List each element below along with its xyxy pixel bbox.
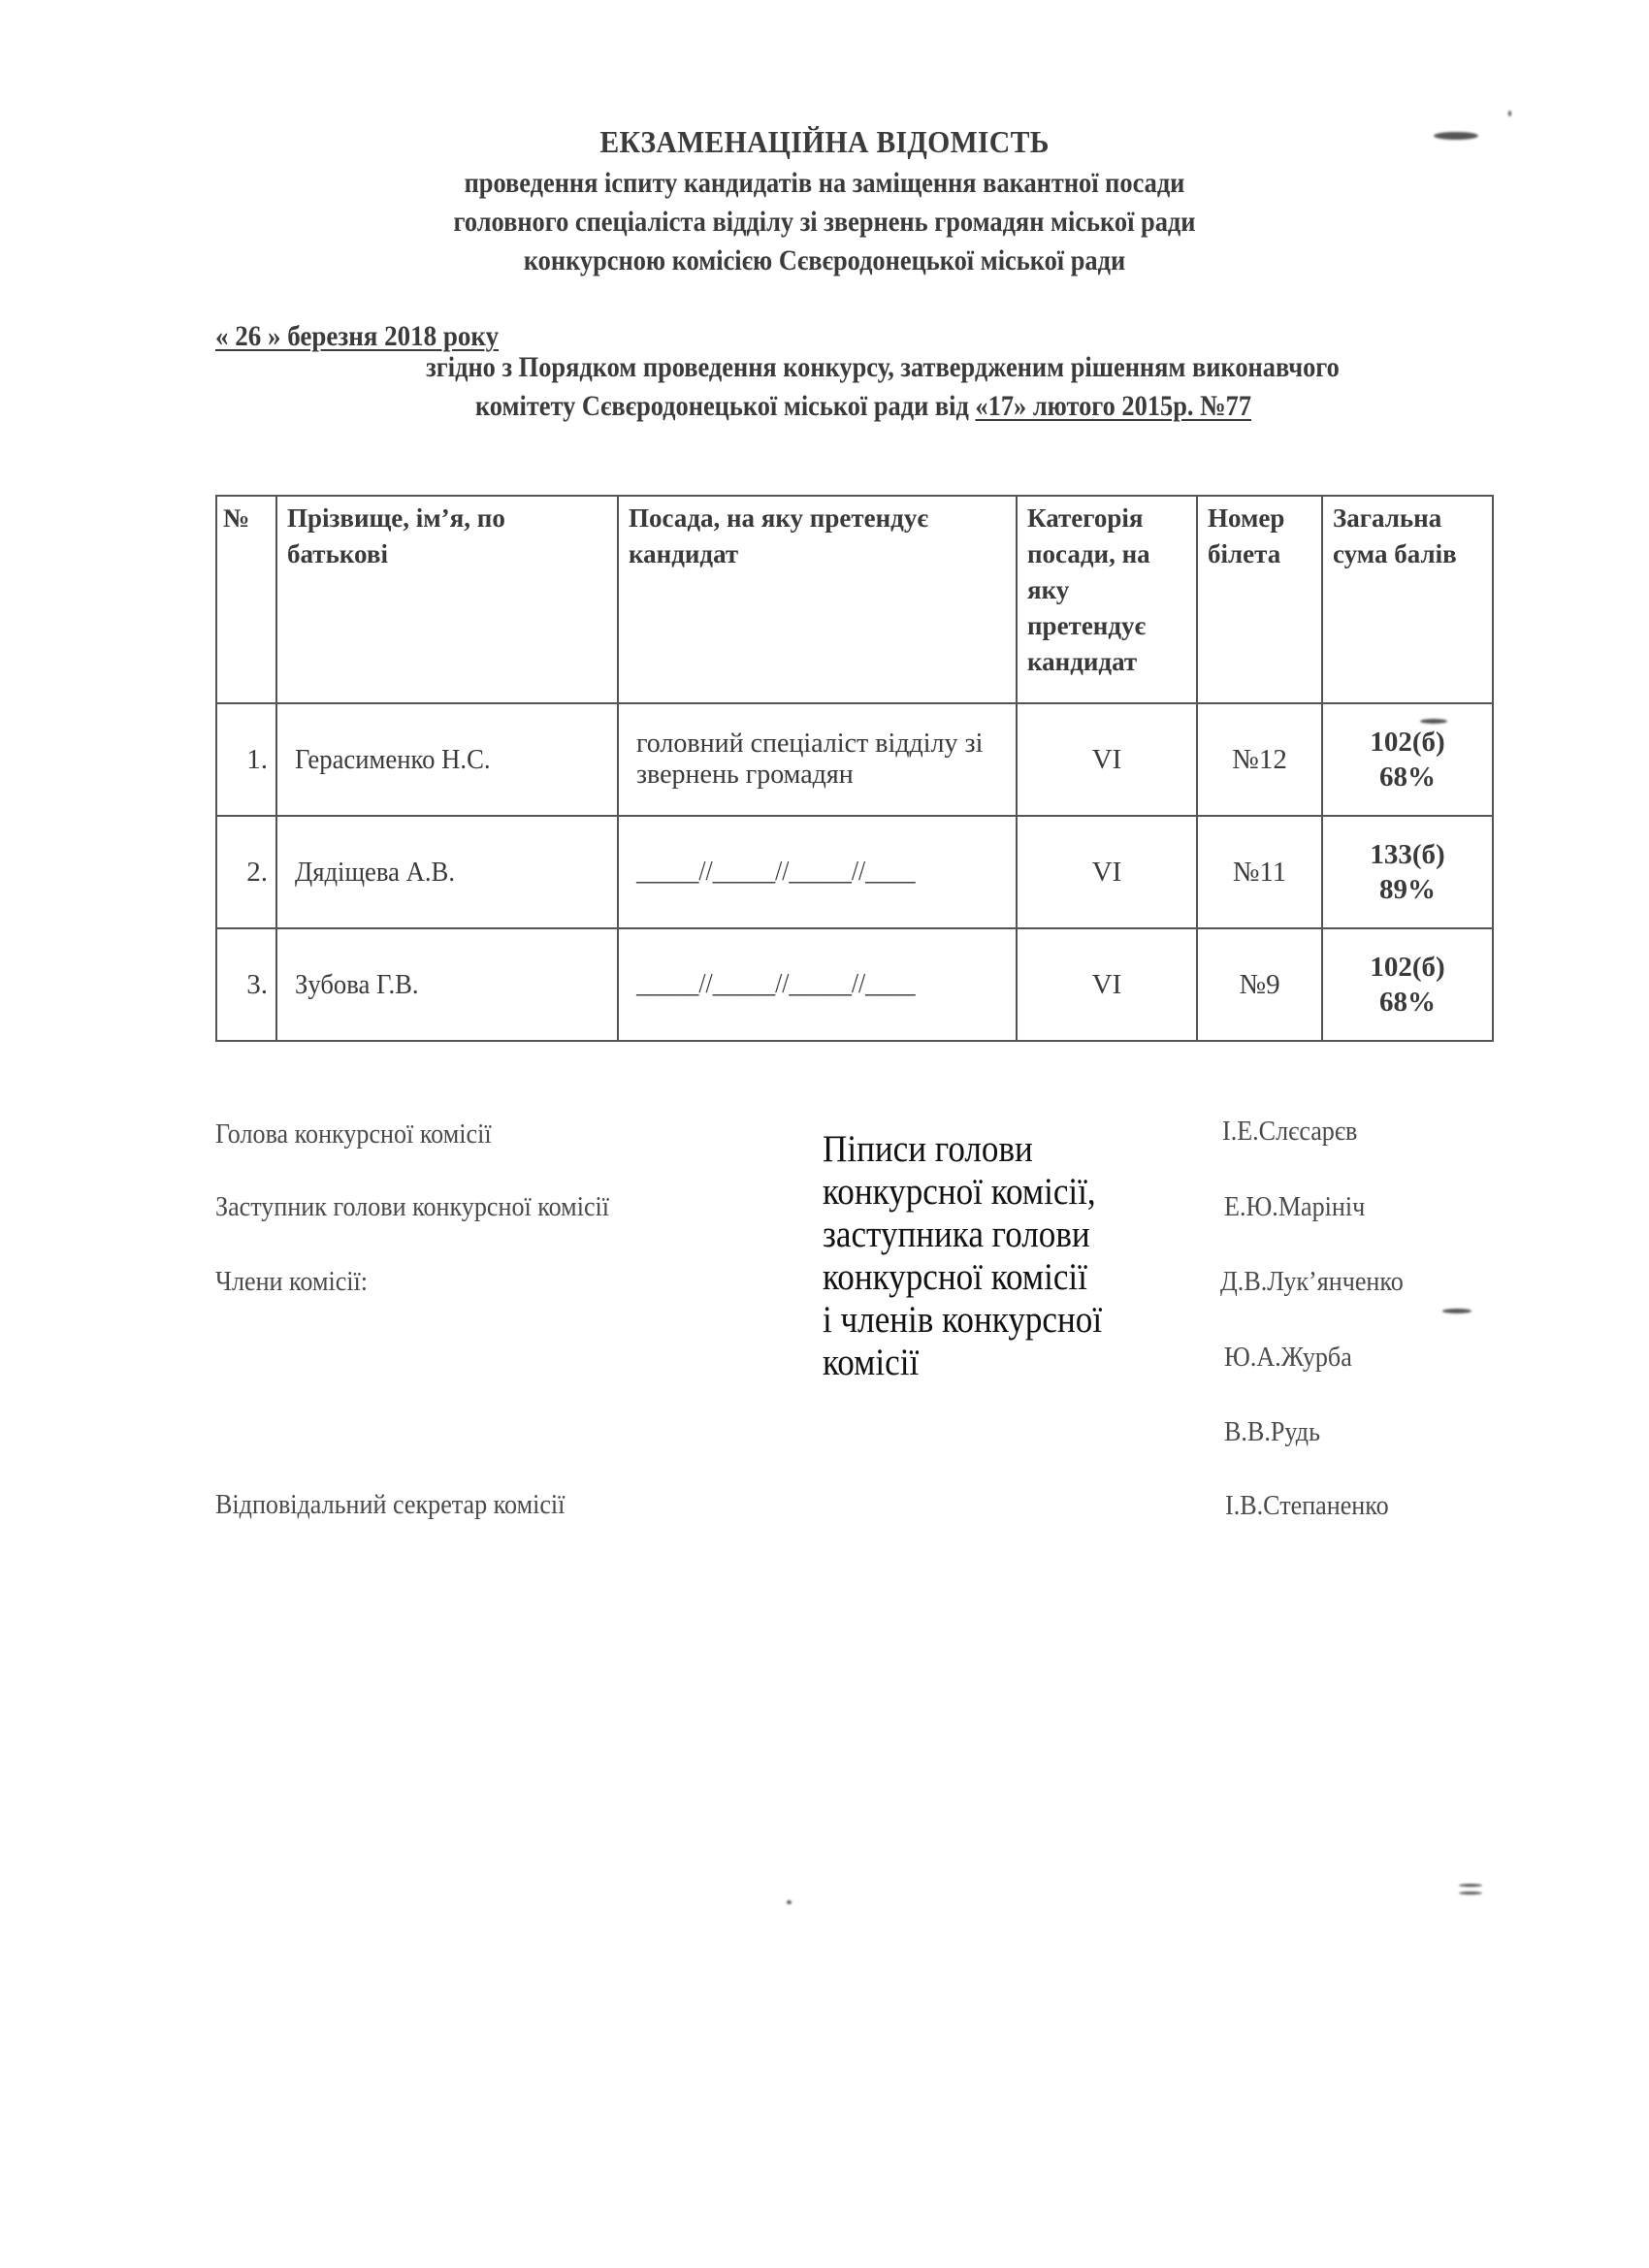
signatory-name-member: Ю.А.Журба xyxy=(1224,1342,1352,1374)
row-number: 3. xyxy=(216,928,276,1041)
table-row: 2. Дядіщева А.В. _____//_____//_____//__… xyxy=(216,816,1493,928)
score-percent: 68% xyxy=(1323,985,1492,1020)
label-commission-head: Голова конкурсної комісії xyxy=(215,1118,492,1150)
candidate-position: головний спеціаліст відділу зі звернень … xyxy=(618,703,1017,816)
basis-prefix: комітету Сєвєродонецької міської ради ві… xyxy=(475,390,975,422)
score-percent: 89% xyxy=(1323,872,1492,907)
table-row: 1. Герасименко Н.С. головний спеціаліст … xyxy=(216,703,1493,816)
table-row: 3. Зубова Г.В. _____//_____//_____//____… xyxy=(216,928,1493,1041)
header-category: Категорія посади, на яку претендує канди… xyxy=(1017,496,1197,703)
header-position: Посада, на яку претендує кандидат xyxy=(618,496,1017,703)
scan-artifact-mark xyxy=(787,1900,792,1904)
signatory-name-member: В.В.Рудь xyxy=(1224,1416,1320,1448)
candidate-name: Зубова Г.В. xyxy=(276,928,618,1041)
scan-artifact-mark xyxy=(1459,1892,1482,1895)
score-points: 102(б) xyxy=(1323,725,1492,760)
label-members: Члени комісії: xyxy=(215,1266,368,1298)
signatory-name-member: Д.В.Лук’янченко xyxy=(1220,1266,1404,1298)
header-number: № xyxy=(216,496,276,703)
score-percent: 68% xyxy=(1323,760,1492,794)
signatory-name-head: І.Е.Слєсарєв xyxy=(1222,1116,1357,1148)
total-score: 133(б) 89% xyxy=(1322,816,1493,928)
document-title: ЕКЗАМЕНАЦІЙНА ВІДОМІСТЬ xyxy=(58,124,1592,160)
scan-artifact-mark xyxy=(1434,132,1478,140)
scan-artifact-mark xyxy=(1459,1884,1482,1887)
position-category: VI xyxy=(1017,928,1197,1041)
candidate-position: _____//_____//_____//____ xyxy=(618,928,1017,1041)
total-score: 102(б) 68% xyxy=(1322,703,1493,816)
basis-line-2: комітету Сєвєродонецької міської ради ві… xyxy=(138,390,1589,423)
position-category: VI xyxy=(1017,703,1197,816)
basis-line-1: згідно з Порядком проведення конкурсу, з… xyxy=(157,351,1608,384)
candidate-name: Дядіщева А.В. xyxy=(276,816,618,928)
scan-artifact-mark xyxy=(1420,719,1447,724)
score-points: 133(б) xyxy=(1323,837,1492,872)
position-category: VI xyxy=(1017,816,1197,928)
signatory-name-secretary: І.В.Степаненко xyxy=(1225,1490,1389,1522)
decision-reference: «17» лютого 2015р. №77 xyxy=(975,390,1251,422)
header-total-score: Загальна сума балів xyxy=(1322,496,1493,703)
label-secretary: Відповідальний секретар комісії xyxy=(215,1489,565,1521)
results-table: № Прізвище, ім’я, по батькові Посада, на… xyxy=(215,495,1494,1042)
header-ticket: Номер білета xyxy=(1197,496,1322,703)
label-deputy-head: Заступник голови конкурсної комісії xyxy=(215,1191,609,1223)
table-header-row: № Прізвище, ім’я, по батькові Посада, на… xyxy=(216,496,1493,703)
ticket-number: №9 xyxy=(1197,928,1322,1041)
row-number: 2. xyxy=(216,816,276,928)
candidate-name: Герасименко Н.С. xyxy=(276,703,618,816)
score-points: 102(б) xyxy=(1323,950,1492,985)
total-score: 102(б) 68% xyxy=(1322,928,1493,1041)
signatures-placeholder-note: Піписи голови конкурсної комісії, заступ… xyxy=(823,1128,1172,1384)
subtitle-line-2: головного спеціаліста відділу зі звернен… xyxy=(99,206,1550,239)
candidate-position: _____//_____//_____//____ xyxy=(618,816,1017,928)
row-number: 1. xyxy=(216,703,276,816)
ticket-number: №11 xyxy=(1197,816,1322,928)
ticket-number: №12 xyxy=(1197,703,1322,816)
subtitle-line-1: проведення іспиту кандидатів на заміщенн… xyxy=(99,167,1550,200)
exam-date: « 26 » березня 2018 року xyxy=(215,320,499,353)
subtitle-line-3: конкурсною комісією Сєвєродонецької місь… xyxy=(99,244,1550,277)
scan-artifact-mark xyxy=(1442,1309,1471,1313)
scan-artifact-mark xyxy=(1508,111,1511,116)
signatory-name-deputy: Е.Ю.Марініч xyxy=(1224,1191,1365,1223)
header-full-name: Прізвище, ім’я, по батькові xyxy=(276,496,618,703)
